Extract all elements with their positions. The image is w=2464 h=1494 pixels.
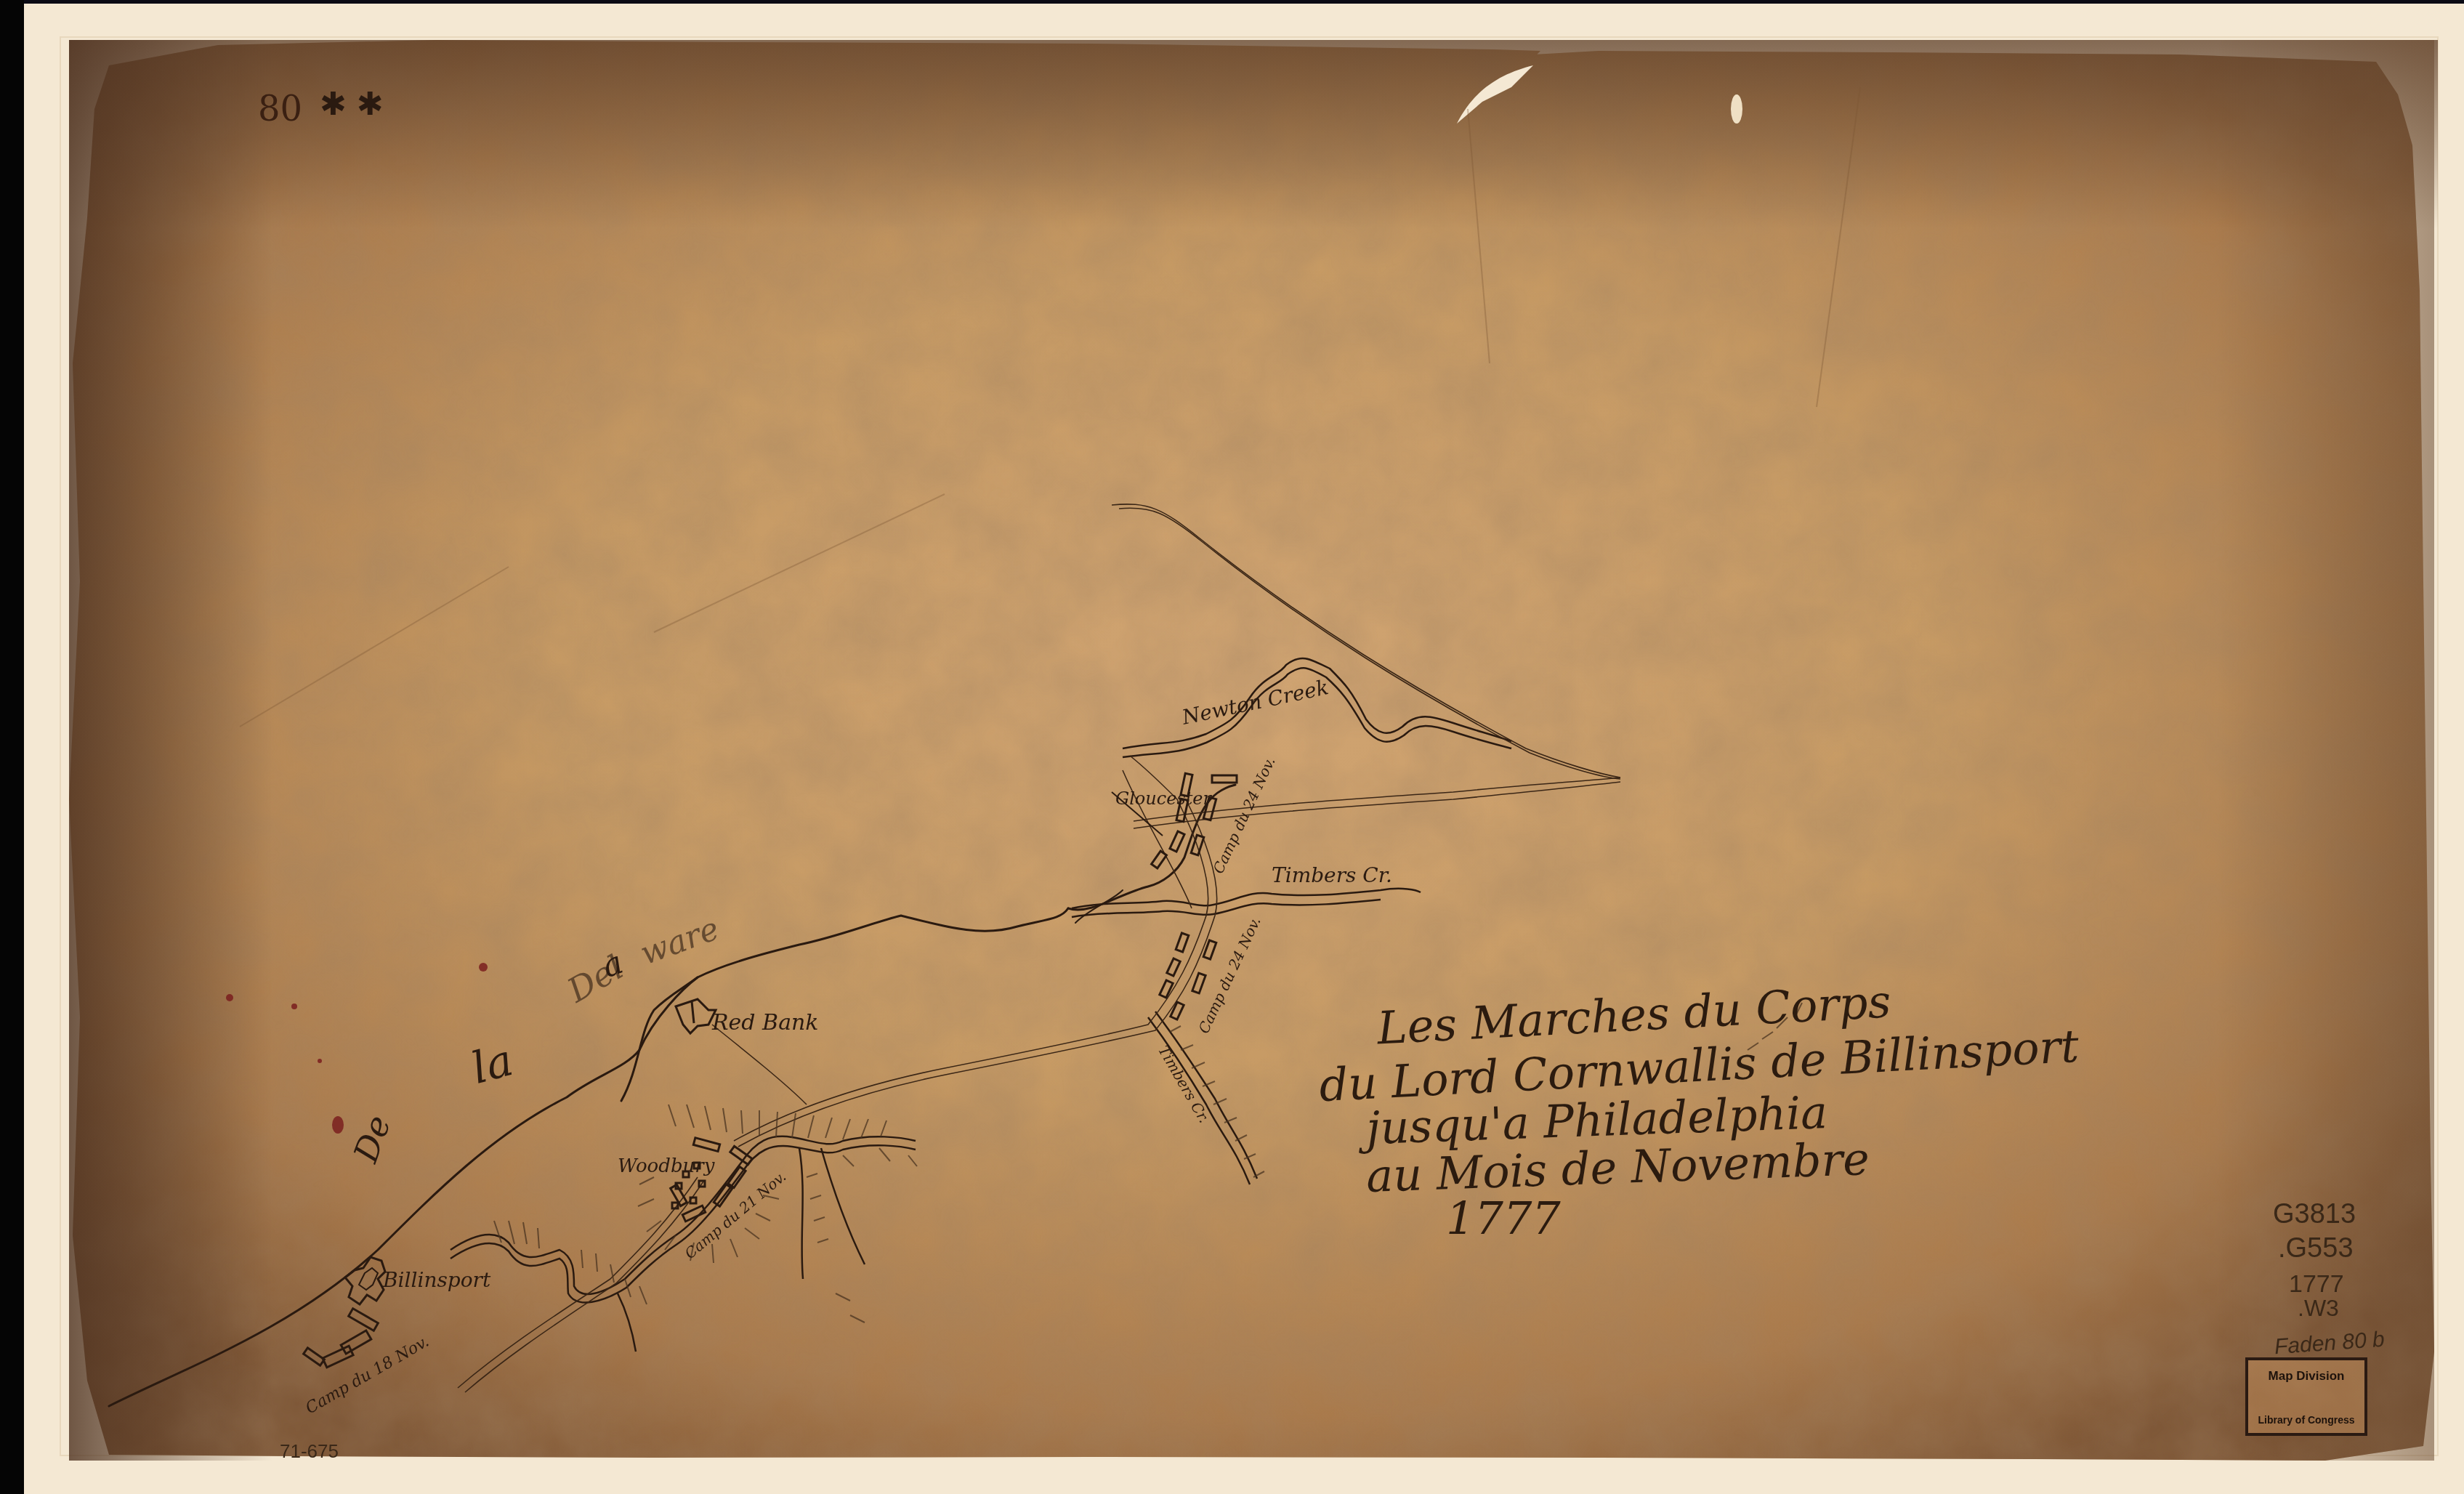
annotation-stars: ✱ ✱ bbox=[320, 86, 384, 123]
annotation-bottom-left: 71-675 bbox=[280, 1440, 339, 1463]
label-red-bank: Red Bank bbox=[712, 1010, 819, 1035]
stamp-line-2: Library of Congress bbox=[2248, 1414, 2364, 1426]
label-gloucester: Gloucester bbox=[1115, 788, 1211, 809]
label-woodbury: Woodbury bbox=[618, 1155, 714, 1177]
call-number-line: G3813 bbox=[2273, 1199, 2356, 1230]
stamp-line-1: Map Division bbox=[2248, 1369, 2364, 1384]
map-drawing bbox=[0, 0, 2464, 1494]
call-number-line: .W3 bbox=[2298, 1295, 2339, 1322]
label-billingsport: Billinsport bbox=[383, 1268, 490, 1292]
call-number-line: .G553 bbox=[2278, 1233, 2354, 1264]
title-line-5: 1777 bbox=[1446, 1192, 1561, 1245]
annotation-80: 80 bbox=[258, 89, 302, 129]
library-stamp: Map Division Library of Congress bbox=[2245, 1357, 2367, 1436]
label-timbers-creek: Timbers Cr. bbox=[1272, 863, 1392, 887]
